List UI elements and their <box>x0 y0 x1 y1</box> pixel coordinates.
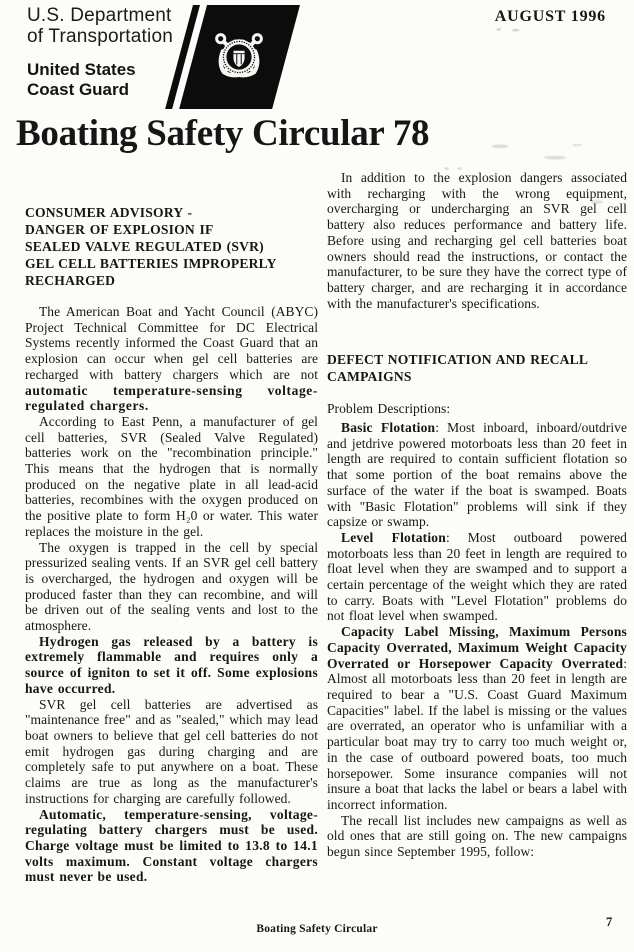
paragraph-oxygen: The oxygen is trapped in the cell by spe… <box>25 540 318 634</box>
paragraph-abyc-text: The American Boat and Yacht Council (ABY… <box>25 304 318 382</box>
recall-heading: DEFECT NOTIFICATION AND RECALL CAMPAIGNS <box>327 351 627 385</box>
agency-name: U.S. Department of Transportation <box>27 5 173 47</box>
paragraph-abyc: The American Boat and Yacht Council (ABY… <box>25 304 318 414</box>
right-column: In addition to the explosion dangers ass… <box>327 170 627 860</box>
page-title: Boating Safety Circular 78 <box>16 112 429 155</box>
paragraph-level-flotation: Level Flotation: Most outboard powered m… <box>327 530 627 624</box>
scan-artifact <box>478 138 588 166</box>
paragraph-hydrogen-warning: Hydrogen gas released by a battery is ex… <box>25 634 318 697</box>
org-name: United States Coast Guard <box>27 60 136 100</box>
paragraph-charger-requirement: Automatic, temperature-sensing, voltage-… <box>25 807 318 886</box>
left-column: CONSUMER ADVISORY - DANGER OF EXPLOSION … <box>25 204 318 885</box>
basic-flotation-text: : Most inboard, inboard/outdrive and jet… <box>327 420 627 529</box>
paragraph-recharging-dangers: In addition to the explosion dangers ass… <box>327 170 627 311</box>
paragraph-recall-list: The recall list includes new campaigns a… <box>327 813 627 860</box>
problem-descriptions-label: Problem Descriptions: <box>327 401 627 417</box>
scan-artifact <box>492 26 526 33</box>
issue-date: AUGUST 1996 <box>495 8 606 26</box>
paragraph-basic-flotation: Basic Flotation: Most inboard, inboard/o… <box>327 420 627 530</box>
paragraph-east-penn: According to East Penn, a manufacturer o… <box>25 414 318 540</box>
coast-guard-emblem-icon <box>202 20 276 94</box>
paragraph-capacity-label: Capacity Label Missing, Maximum Persons … <box>327 624 627 812</box>
paragraph-maintenance-free: SVR gel cell batteries are advertised as… <box>25 697 318 807</box>
page-number: 7 <box>606 915 612 930</box>
capacity-label-lead: Capacity Label Missing, Maximum Persons … <box>327 624 627 670</box>
capacity-label-text: : Almost all motorboats less than 20 fee… <box>327 656 627 812</box>
advisory-heading: CONSUMER ADVISORY - DANGER OF EXPLOSION … <box>25 204 318 289</box>
level-flotation-lead: Level Flotation <box>341 530 446 545</box>
footer-title: Boating Safety Circular <box>256 923 377 935</box>
basic-flotation-lead: Basic Flotation <box>341 420 435 435</box>
page: U.S. Department of Transportation United… <box>0 0 634 952</box>
paragraph-abyc-bold: automatic temperature-sensing voltage-re… <box>25 383 318 414</box>
